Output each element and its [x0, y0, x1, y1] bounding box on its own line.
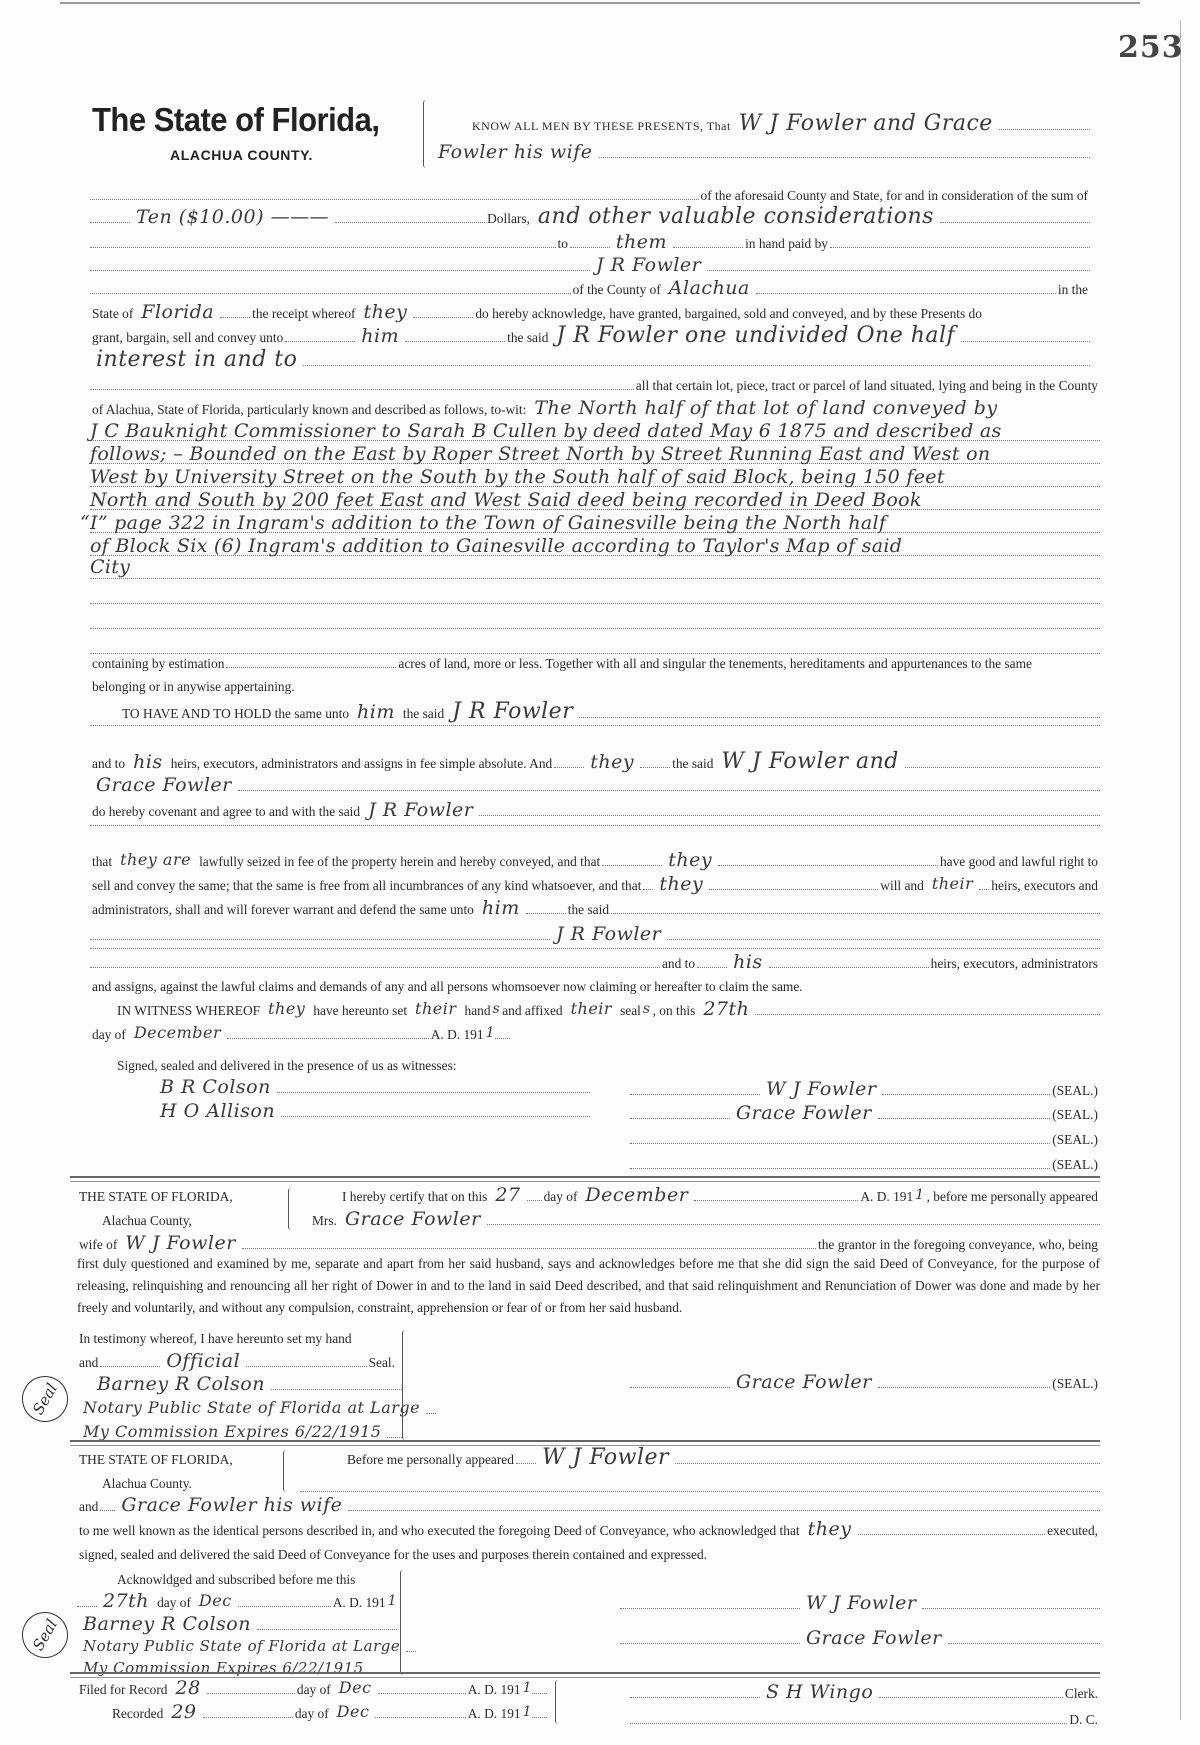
signature-2-line: Grace Fowler (SEAL.) — [630, 1101, 1100, 1123]
have-hereunto-text: have hereunto set — [311, 1003, 409, 1019]
certify-month-handwritten: December — [579, 1185, 694, 1205]
acres-text: acres of land, more or less. Together wi… — [396, 656, 1034, 672]
grantors-handwritten-2: Fowler his wife — [432, 142, 599, 162]
in-hand-paid-label: in hand paid by — [743, 236, 830, 252]
and-they-handwritten: they — [584, 752, 640, 772]
appeared-line: Before me personally appeared W J Fowler — [345, 1446, 1100, 1468]
day-of-line: day of December A. D. 1911 — [90, 1021, 510, 1043]
the-said-label: the said — [401, 706, 446, 722]
description-rule-7 — [90, 578, 1100, 579]
belonging-line: belonging or in anywise appertaining. — [90, 673, 1100, 695]
acknowledged-text: Acknowldged and subscribed before me thi… — [115, 1572, 357, 1588]
seal-label: (SEAL.) — [1050, 1376, 1100, 1392]
joint-ack-brace — [283, 1450, 290, 1492]
containing-label: containing by estimation — [90, 656, 226, 672]
document-title: The State of Florida, — [92, 101, 379, 140]
hand-s-handwritten: s — [493, 999, 501, 1019]
interest-handwritten: interest in and to — [90, 350, 303, 370]
testimony-line: In testimony whereof, I have hereunto se… — [77, 1325, 577, 1347]
joint-notary-name-line: Barney R Colson — [77, 1612, 397, 1634]
set-their-handwritten: their — [409, 999, 462, 1019]
recorded-line: Recorded 29 day of Dec A. D. 1911 — [110, 1700, 547, 1722]
signature-3-line: (SEAL.) — [630, 1126, 1100, 1148]
grantor-1-signature: W J Fowler — [760, 1079, 882, 1099]
covenant-text: do hereby covenant and agree to and with… — [90, 804, 362, 820]
grant-convey-label: grant, bargain, sell and convey unto — [90, 330, 285, 346]
seal-word: Seal. — [367, 1355, 397, 1371]
day-of-label: day of — [293, 1706, 331, 1722]
to-handwritten: them — [610, 232, 673, 252]
wife-of-handwritten: W J Fowler — [119, 1233, 241, 1253]
paid-by-line: J R Fowler — [90, 253, 1090, 275]
county-of-line: of the County of Alachua in the — [90, 276, 1090, 298]
description-rule-8 — [90, 603, 1100, 604]
day-of-label: day of — [155, 1595, 193, 1611]
grant-convey-line: grant, bargain, sell and convey unto him… — [90, 324, 1090, 346]
county-handwritten: Alachua — [663, 278, 756, 298]
official-handwritten: Official — [160, 1351, 246, 1371]
grantee-interest-handwritten: J R Fowler one undivided One half — [550, 326, 961, 346]
ad-label: A. D. 191 — [466, 1682, 523, 1698]
clerk-label: Clerk. — [1063, 1686, 1100, 1702]
to-have-handwritten: him — [351, 702, 401, 722]
grantors-line-2: Fowler his wife — [432, 140, 1090, 162]
county-heading: ALACHUA COUNTY. — [170, 147, 313, 163]
year-handwritten: 1 — [388, 1591, 397, 1611]
containing-line: containing by estimation acres of land, … — [90, 650, 1100, 672]
amount-handwritten: Ten ($10.00) ——— — [130, 207, 335, 227]
heirs-exec-text: heirs, executors and — [989, 878, 1100, 894]
notary-commission-line: My Commission Expires 6/22/1915 — [77, 1420, 402, 1442]
ad-label: A. D. 191 — [331, 1595, 388, 1611]
ad-label: A. D. 191 — [466, 1706, 523, 1722]
seal-label: (SEAL.) — [1050, 1157, 1100, 1173]
description-handwritten-line: of Block Six (6) Ingram's addition to Ga… — [90, 535, 902, 557]
seal-label: (SEAL.) — [1050, 1083, 1100, 1099]
description-handwritten-line: West by University Street on the South b… — [90, 466, 945, 488]
hand-label: hand — [463, 1003, 493, 1019]
ad-label: A. D. 191 — [429, 1027, 486, 1043]
to-line: to them in hand paid by — [90, 230, 1090, 252]
of-county-label: of the County of — [571, 282, 663, 298]
recorded-label: Recorded — [110, 1706, 165, 1722]
official-seal-line: and Official Seal. — [77, 1349, 397, 1371]
to-label: to — [556, 236, 570, 252]
filed-line: Filed for Record 28 day of Dec A. D. 191… — [77, 1676, 547, 1698]
dc-line: D. C. — [630, 1706, 1100, 1728]
joint-grantor-1-signature: W J Fowler — [800, 1593, 922, 1613]
dollars-label: Dollars, — [485, 211, 532, 227]
certify-text: I hereby certify that on this — [340, 1189, 489, 1205]
and-label: and — [77, 1355, 100, 1371]
before-me-text: , before me personally appeared — [925, 1189, 1100, 1205]
seal-label: (SEAL.) — [1050, 1132, 1100, 1148]
clerk-line: S H Wingo Clerk. — [630, 1680, 1100, 1702]
aforesaid-line: of the aforesaid County and State, for a… — [90, 182, 1090, 204]
notary-title-handwritten: Notary Public State of Florida at Large — [77, 1398, 426, 1418]
administrators-text: administrators, shall and will forever w… — [90, 902, 476, 918]
page-edge-top — [60, 2, 1140, 4]
wife-ack-county: Alachua County, — [100, 1207, 300, 1229]
page-number: 253 — [1118, 30, 1184, 65]
mrs-line: Mrs. Grace Fowler — [310, 1207, 1100, 1229]
wife-ack-state: THE STATE OF FLORIDA, — [77, 1183, 297, 1205]
description-handwritten-line: North and South by 200 feet East and Wes… — [90, 489, 922, 511]
recorded-day-handwritten: 29 — [165, 1702, 202, 1722]
receipt-handwritten: they — [358, 302, 414, 322]
acknowledge-text: do hereby acknowledge, have granted, bar… — [473, 306, 984, 322]
state-heading: THE STATE OF FLORIDA, — [77, 1452, 235, 1468]
page-edge-right — [1180, 20, 1181, 1720]
sell-convey-text: sell and convey the same; that the same … — [90, 878, 643, 894]
executed-label: executed, — [1045, 1523, 1100, 1539]
wife-of-line: wife of W J Fowler the grantor in the fo… — [77, 1231, 1100, 1253]
state-of-label: State of — [90, 306, 135, 322]
witness-2-line: H O Allison — [80, 1099, 590, 1121]
aforesaid-text: of the aforesaid County and State, for a… — [699, 188, 1091, 204]
joint-signature-1-line: W J Fowler — [620, 1591, 1100, 1613]
know-all-text: KNOW ALL MEN BY THESE PRESENTS, That — [470, 119, 733, 134]
state-of-line: State of Florida the receipt whereof the… — [90, 300, 1100, 322]
assigns-text: and assigns, against the lawful claims a… — [90, 979, 805, 995]
seal-s-handwritten: s — [643, 999, 651, 1019]
seized-line: that they are lawfully seized in fee of … — [90, 848, 1100, 870]
filed-label: Filed for Record — [77, 1682, 170, 1698]
to-have-grantee-handwritten: J R Fowler — [446, 702, 579, 722]
year-handwritten: 1 — [523, 1702, 532, 1722]
and-to-label: and to — [90, 756, 127, 772]
acknowledged-line: Acknowldged and subscribed before me thi… — [115, 1566, 415, 1588]
belonging-text: belonging or in anywise appertaining. — [90, 679, 297, 695]
filed-month-handwritten: Dec — [333, 1678, 378, 1698]
appeared-handwritten: W J Fowler — [536, 1448, 675, 1468]
mrs-label: Mrs. — [310, 1213, 339, 1229]
witness-month-handwritten: December — [128, 1023, 227, 1043]
joint-day-line: 27th day of Dec A. D. 1911 — [77, 1589, 397, 1611]
joint-signature-2-line: Grace Fowler — [620, 1626, 1100, 1648]
that-handwritten: they are — [114, 850, 197, 870]
dc-label: D. C. — [1067, 1712, 1100, 1728]
description-handwritten-line: J C Bauknight Commissioner to Sarah B Cu… — [90, 420, 1002, 442]
description-rule-9 — [90, 628, 1100, 629]
and-to-2-line: and to his heirs, executors, administrat… — [90, 950, 1100, 972]
signature-4-line: (SEAL.) — [630, 1151, 1100, 1173]
grantors-handwritten: W J Fowler and Grace — [733, 114, 999, 134]
the-said-label-3: the said — [566, 902, 611, 918]
defend-handwritten: him — [476, 898, 526, 918]
signature-1-line: W J Fowler (SEAL.) — [630, 1077, 1100, 1099]
other-consideration-handwritten: and other valuable considerations — [532, 207, 940, 227]
joint-ack-state: THE STATE OF FLORIDA, — [77, 1446, 297, 1468]
wife-signature-line: Grace Fowler (SEAL.) — [630, 1370, 1100, 1392]
seal-label: (SEAL.) — [1050, 1107, 1100, 1123]
witness-1-signature: B R Colson — [80, 1077, 277, 1097]
covenant-handwritten: J R Fowler — [362, 800, 479, 820]
filed-day-handwritten: 28 — [170, 1678, 207, 1698]
joint-notary-title-line: Notary Public State of Florida at Large — [77, 1634, 397, 1656]
seized-handwritten: they — [662, 850, 718, 870]
description-handwritten-line: City — [90, 556, 130, 578]
affixed-their-handwritten: their — [565, 999, 618, 1019]
day-of-label: day of — [90, 1027, 128, 1043]
defend-grantee-handwritten: J R Fowler — [550, 924, 667, 944]
witness-1-line: B R Colson — [80, 1075, 590, 1097]
defend-grantee-line: J R Fowler — [90, 922, 1100, 944]
that-label: that — [90, 854, 114, 870]
in-the-label: in the — [1056, 282, 1090, 298]
good-right-text: have good and lawful right to — [938, 854, 1100, 870]
in-witness-line: IN WITNESS WHEREOF they have hereunto se… — [115, 997, 1100, 1019]
grantor-text: the grantor in the foregoing conveyance,… — [816, 1237, 1100, 1253]
state-handwritten: Florida — [135, 302, 220, 322]
deed-page: 253 The State of Florida, ALACHUA COUNTY… — [0, 0, 1200, 1745]
and-wife-line: and Grace Fowler his wife — [77, 1493, 1100, 1515]
state-heading: THE STATE OF FLORIDA, — [77, 1189, 235, 1205]
witness-2-signature: H O Allison — [80, 1101, 281, 1121]
seized-text: lawfully seized in fee of the property h… — [197, 854, 602, 870]
unto-handwritten: him — [355, 326, 405, 346]
and-label: and — [77, 1499, 100, 1515]
signed-sealed-text: Signed, sealed and delivered in the pres… — [115, 1058, 459, 1074]
wife-of-label: wife of — [77, 1237, 119, 1253]
to-wit-text: of Alachua, State of Florida, particular… — [90, 402, 528, 418]
description-handwritten-first: The North half of that lot of land conve… — [528, 398, 1003, 418]
grantor-2-signature: Grace Fowler — [730, 1103, 878, 1123]
wife-ack-brace — [288, 1188, 295, 1230]
sell-handwritten: they — [653, 874, 709, 894]
county-label: Alachua County. — [100, 1476, 194, 1492]
defend-rule — [90, 948, 1100, 949]
header-brace — [423, 100, 430, 168]
interest-line: interest in and to — [90, 348, 1090, 370]
sell-convey-line: sell and convey the same; that the same … — [90, 872, 1100, 894]
the-said-label-2: the said — [670, 756, 715, 772]
signed-text: signed, sealed and delivered the said De… — [77, 1547, 709, 1563]
amount-line: Ten ($10.00) ——— Dollars, and other valu… — [90, 205, 1090, 227]
notary-brace — [402, 1330, 409, 1440]
section-divider-1 — [70, 1176, 1100, 1182]
paid-by-handwritten: J R Fowler — [590, 255, 707, 275]
joint-grantor-2-signature: Grace Fowler — [800, 1628, 948, 1648]
grantors-line: KNOW ALL MEN BY THESE PRESENTS, That W J… — [470, 112, 1090, 134]
seal-word: seal — [618, 1003, 643, 1019]
all-that-text: all that certain lot, piece, tract or pa… — [634, 378, 1100, 394]
affixed-label: and affixed — [500, 1003, 564, 1019]
filing-brace — [555, 1680, 562, 1724]
certify-day-handwritten: 27 — [489, 1185, 526, 1205]
and-to-line: and to his heirs, executors, administrat… — [90, 750, 1100, 772]
covenant-line: do hereby covenant and agree to and with… — [90, 798, 1100, 820]
grace-handwritten: Grace Fowler — [90, 775, 238, 795]
and-to-2-handwritten: his — [727, 952, 769, 972]
wife-signature: Grace Fowler — [730, 1372, 878, 1392]
well-known-text: to me well known as the identical person… — [77, 1523, 802, 1539]
before-me-text: Before me personally appeared — [345, 1452, 516, 1468]
and-to-handwritten: his — [127, 752, 169, 772]
description-handwritten-line: follows; – Bounded on the East by Roper … — [90, 443, 990, 465]
joint-month-handwritten: Dec — [193, 1591, 238, 1611]
notary-title-handwritten: Notary Public State of Florida at Large — [77, 1636, 406, 1656]
will-handwritten: their — [926, 874, 979, 894]
joint-day-handwritten: 27th — [97, 1591, 155, 1611]
mrs-handwritten: Grace Fowler — [339, 1209, 487, 1229]
description-handwritten-line: “I” page 322 in Ingram's addition to the… — [80, 512, 886, 534]
witness-day-handwritten: 27th — [697, 999, 755, 1019]
year-handwritten: 1 — [486, 1023, 495, 1043]
ad-label: A. D. 191 — [858, 1189, 915, 1205]
grantors-handwritten-3: W J Fowler and — [715, 752, 905, 772]
to-wit-line: of Alachua, State of Florida, particular… — [90, 396, 1100, 418]
known-handwritten: they — [802, 1519, 858, 1539]
well-known-line: to me well known as the identical person… — [77, 1517, 1100, 1539]
habendum-rule — [90, 725, 1100, 726]
notary-seal-mark: Seal — [14, 1368, 77, 1431]
signed-sealed-line: Signed, sealed and delivered in the pres… — [115, 1052, 815, 1074]
grace-line: Grace Fowler — [90, 773, 1100, 795]
to-have-label: TO HAVE AND TO HOLD the same unto — [120, 706, 351, 722]
day-of-label: day of — [295, 1682, 333, 1698]
notary-name-handwritten: Barney R Colson — [77, 1374, 271, 1394]
covenant-rule — [90, 825, 1100, 826]
notary-commission-handwritten: My Commission Expires 6/22/1915 — [77, 1422, 387, 1442]
all-that-line: all that certain lot, piece, tract or pa… — [90, 372, 1100, 394]
witness-they-handwritten: they — [262, 999, 311, 1019]
assigns-line: and assigns, against the lawful claims a… — [90, 973, 1100, 995]
clerk-signature: S H Wingo — [760, 1682, 879, 1702]
certify-line: I hereby certify that on this 27 day of … — [340, 1183, 1100, 1205]
the-said-label: the said — [505, 330, 550, 346]
year-handwritten: 1 — [523, 1678, 532, 1698]
notary-name-line: Barney R Colson — [77, 1372, 402, 1394]
and-wife-handwritten: Grace Fowler his wife — [115, 1495, 348, 1515]
day-of-label: day of — [542, 1189, 580, 1205]
notary-name-handwritten: Barney R Colson — [77, 1614, 257, 1634]
signed-line: signed, sealed and delivered the said De… — [77, 1541, 1100, 1563]
and-to-label-2: and to — [660, 956, 697, 972]
in-witness-label: IN WITNESS WHEREOF — [115, 1003, 262, 1019]
appeared-rule — [300, 1491, 1100, 1492]
year-handwritten: 1 — [915, 1185, 924, 1205]
notary-seal-mark-2: Seal — [14, 1604, 77, 1667]
to-have-line: TO HAVE AND TO HOLD the same unto him th… — [120, 700, 1100, 722]
joint-notary-brace — [400, 1570, 407, 1675]
administrators-line: administrators, shall and will forever w… — [90, 896, 1100, 918]
on-this-label: , on this — [651, 1003, 698, 1019]
county-label: Alachua County, — [100, 1213, 194, 1229]
heirs-text: heirs, executors, administrators and ass… — [169, 756, 555, 772]
heirs-exec-2-text: heirs, executors, administrators — [929, 956, 1100, 972]
dower-paragraph: first duly questioned and examined by me… — [77, 1253, 1100, 1319]
notary-title-line: Notary Public State of Florida at Large — [77, 1396, 402, 1418]
will-and-label: will and — [878, 878, 926, 894]
receipt-label: the receipt whereof — [250, 306, 357, 322]
joint-ack-county: Alachua County. — [100, 1470, 300, 1492]
recorded-month-handwritten: Dec — [331, 1702, 376, 1722]
testimony-text: In testimony whereof, I have hereunto se… — [77, 1331, 354, 1347]
